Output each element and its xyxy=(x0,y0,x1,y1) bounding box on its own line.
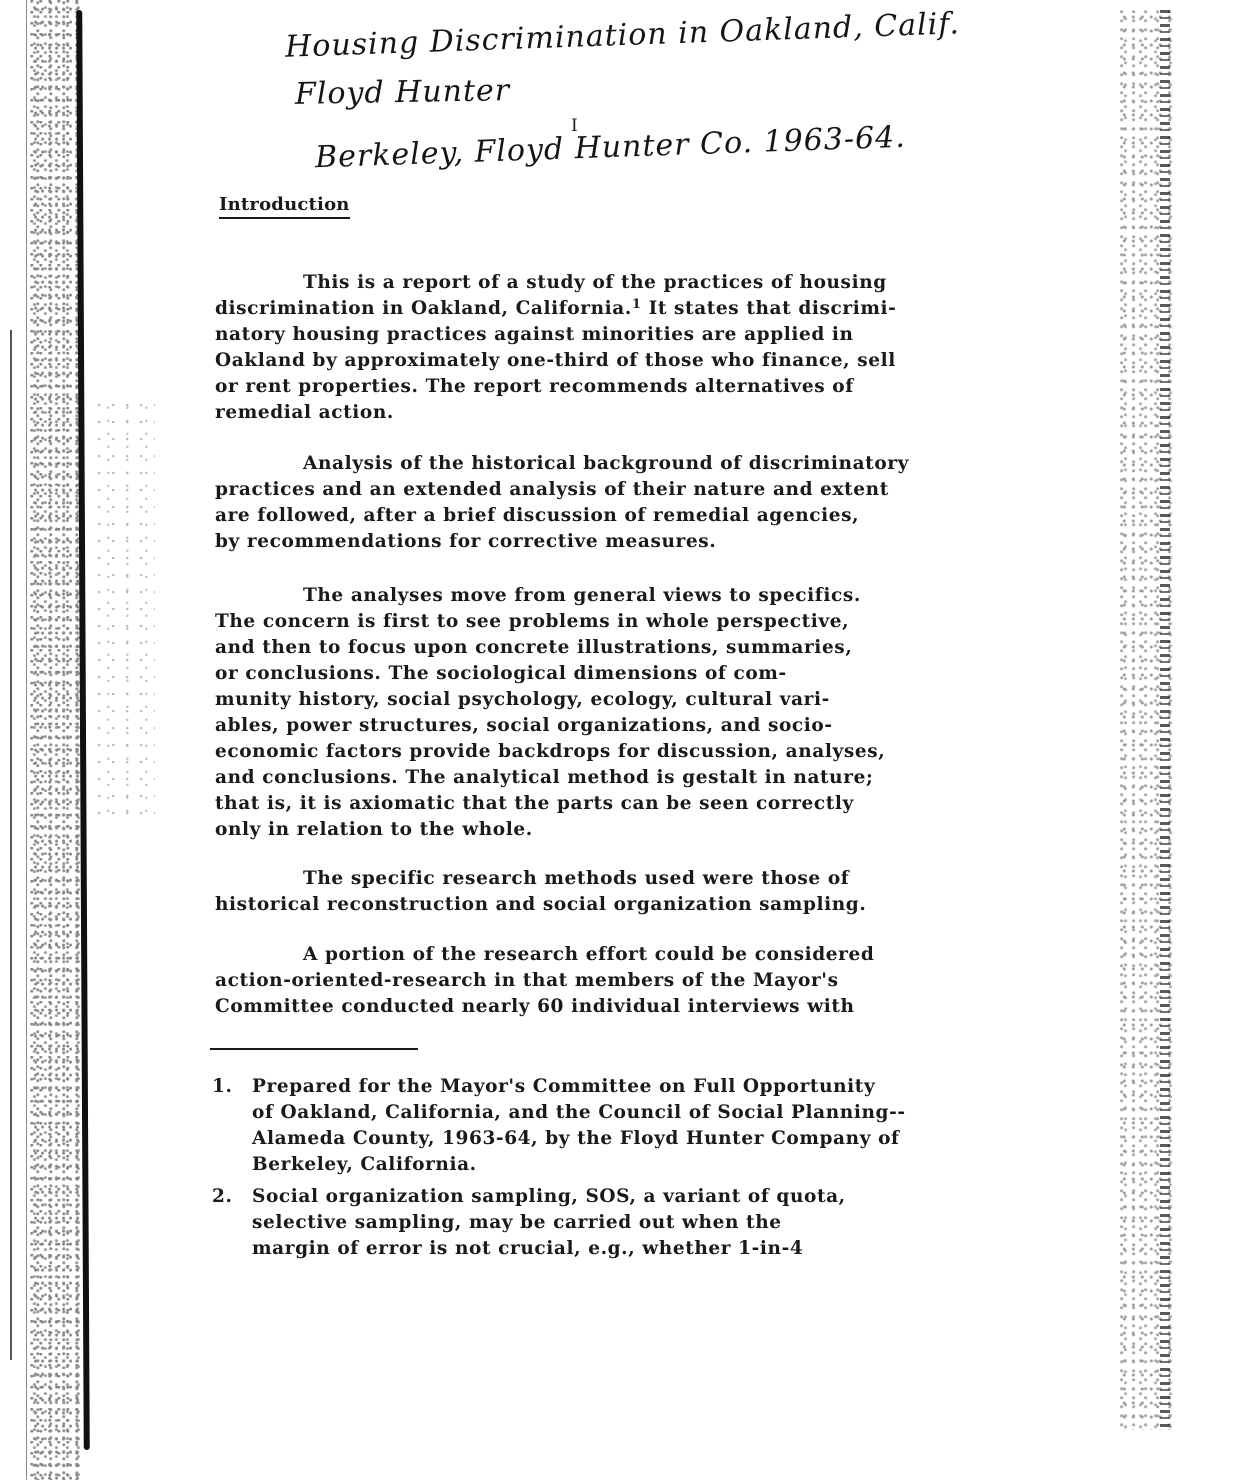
text-line: action-oriented-research in that members… xyxy=(215,968,975,994)
text-line: are followed, after a brief discussion o… xyxy=(215,503,975,529)
text-line: The analyses move from general views to … xyxy=(215,583,975,609)
text-line: and conclusions. The analytical method i… xyxy=(215,765,975,791)
handwritten-title: Housing Discrimination in Oakland, Calif… xyxy=(285,6,961,65)
paragraph-2: Analysis of the historical background of… xyxy=(215,451,975,555)
paragraph-1: This is a report of a study of the pract… xyxy=(215,270,975,426)
text-line: or conclusions. The sociological dimensi… xyxy=(215,661,975,687)
text-line: Berkeley, California. xyxy=(252,1152,906,1178)
text-line: selective sampling, may be carried out w… xyxy=(252,1210,846,1236)
text-line: Committee conducted nearly 60 individual… xyxy=(215,994,975,1020)
scan-noise-left xyxy=(30,0,82,1480)
paragraph-5: A portion of the research effort could b… xyxy=(215,942,975,1020)
footnotes: 1. Prepared for the Mayor's Committee on… xyxy=(212,1074,972,1268)
scan-right-edge xyxy=(1160,10,1170,1430)
text-line: only in relation to the whole. xyxy=(215,817,975,843)
text-line: Alameda County, 1963-64, by the Floyd Hu… xyxy=(252,1126,906,1152)
text-line: economic factors provide backdrops for d… xyxy=(215,739,975,765)
text-line: Prepared for the Mayor's Committee on Fu… xyxy=(252,1074,906,1100)
footnote-1: 1. Prepared for the Mayor's Committee on… xyxy=(212,1074,972,1178)
handwritten-author: Floyd Hunter xyxy=(295,73,511,112)
text-line: of Oakland, California, and the Council … xyxy=(252,1100,906,1126)
footnote-number: 2. xyxy=(212,1184,252,1262)
scan-noise-left-inner xyxy=(95,400,155,820)
text-line: natory housing practices against minorit… xyxy=(215,322,975,348)
text-line: A portion of the research effort could b… xyxy=(215,942,975,968)
text-line: Social organization sampling, SOS, a var… xyxy=(252,1184,846,1210)
handwritten-publisher: Berkeley, Floyd Hunter Co. 1963-64. xyxy=(315,120,907,176)
section-heading: Introduction xyxy=(219,194,350,219)
paragraph-3: The analyses move from general views to … xyxy=(215,583,975,843)
text-line: or rent properties. The report recommend… xyxy=(215,374,975,400)
text-line: and then to focus upon concrete illustra… xyxy=(215,635,975,661)
footnote-number: 1. xyxy=(212,1074,252,1178)
text-line: that is, it is axiomatic that the parts … xyxy=(215,791,975,817)
text-line: The concern is first to see problems in … xyxy=(215,609,975,635)
text-line: practices and an extended analysis of th… xyxy=(215,477,975,503)
text-line: historical reconstruction and social org… xyxy=(215,892,975,918)
footnote-2: 2. Social organization sampling, SOS, a … xyxy=(212,1184,972,1262)
footnote-divider xyxy=(210,1048,418,1050)
text-line: ables, power structures, social organiza… xyxy=(215,713,975,739)
paragraph-4: The specific research methods used were … xyxy=(215,866,975,918)
scan-left-frame xyxy=(0,330,12,1360)
scan-left-edge xyxy=(20,0,27,1480)
text-line: remedial action. xyxy=(215,400,975,426)
footnote-ref: 1 xyxy=(632,297,642,312)
text-line: This is a report of a study of the pract… xyxy=(215,270,975,296)
page-number: I xyxy=(571,116,578,136)
text-line: Analysis of the historical background of… xyxy=(215,451,975,477)
text-line: margin of error is not crucial, e.g., wh… xyxy=(252,1236,846,1262)
text-line: discrimination in Oakland, California.1 … xyxy=(215,296,975,322)
text-line: by recommendations for corrective measur… xyxy=(215,529,975,555)
text-line: munity history, social psychology, ecolo… xyxy=(215,687,975,713)
text-line: The specific research methods used were … xyxy=(215,866,975,892)
text-line: Oakland by approximately one-third of th… xyxy=(215,348,975,374)
